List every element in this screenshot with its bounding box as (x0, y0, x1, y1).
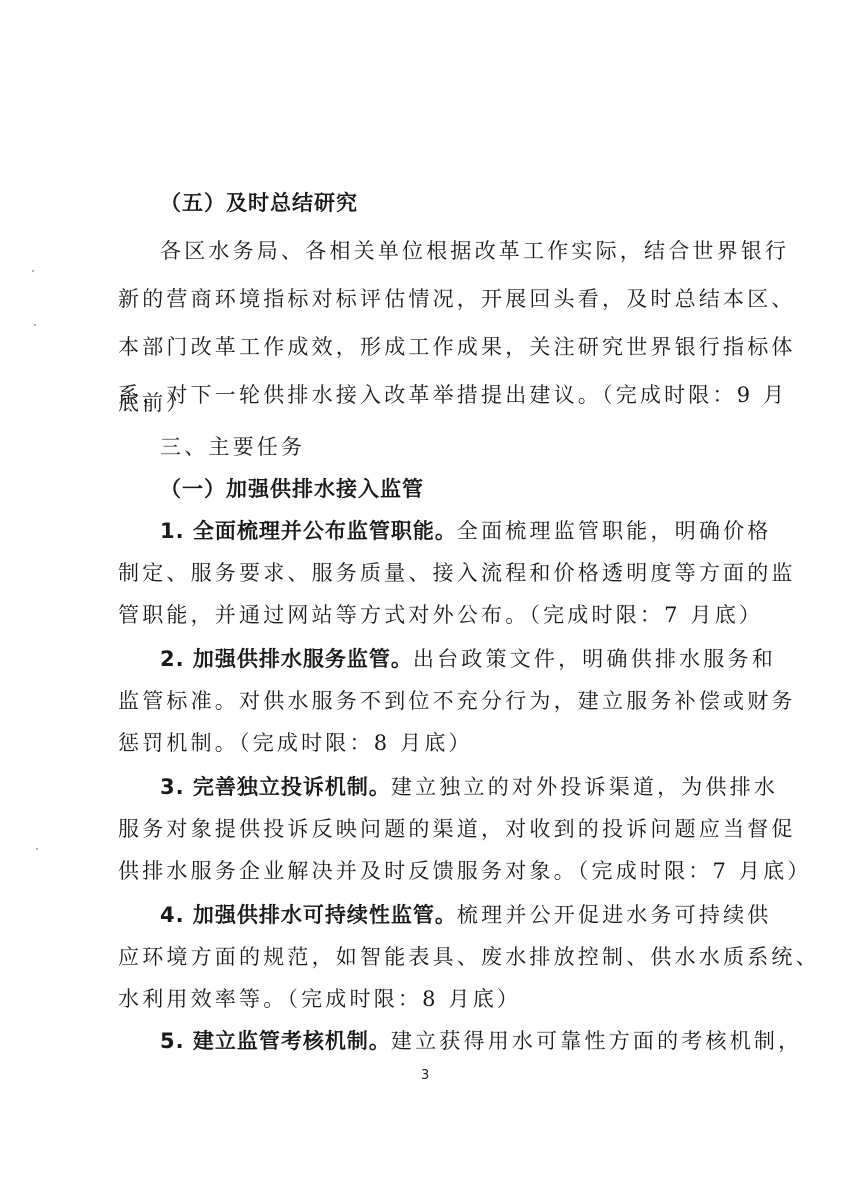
item-title: 4. 加强供排水可持续性监管。 (160, 903, 457, 927)
item-title: 2. 加强供排水服务监管。 (160, 647, 413, 671)
item-3: 3. 完善独立投诉机制。建立独立的对外投诉渠道，为供排水 (160, 772, 778, 802)
paragraph-line: 本部门改革工作成效，形成工作成果，关注研究世界银行指标体 (118, 332, 796, 362)
scan-speck (36, 848, 38, 850)
item-title: 5. 建立监管考核机制。 (160, 1029, 391, 1053)
scan-speck (34, 324, 36, 326)
paragraph-line: 制定、服务要求、服务质量、接入流程和价格透明度等方面的监 (118, 558, 796, 588)
section-5-heading: （五）及时总结研究 (160, 188, 358, 218)
item-text: 全面梳理监管职能，明确价格 (457, 519, 772, 543)
item-text: 出台政策文件，明确供排水服务和 (413, 647, 776, 671)
paragraph-line: 管职能，并通过网站等方式对外公布。（完成时限：7 月底） (118, 600, 763, 630)
item-title: 1. 全面梳理并公布监管职能。 (160, 519, 457, 543)
item-5: 5. 建立监管考核机制。建立获得用水可靠性方面的考核机制， (160, 1026, 802, 1056)
document-page: （五）及时总结研究 各区水务局、各相关单位根据改革工作实际，结合世界银行 新的营… (0, 0, 849, 1200)
paragraph-line: 惩罚机制。（完成时限：8 月底） (118, 728, 473, 758)
part-3-heading: 三、主要任务 (160, 432, 305, 462)
paragraph-line: 系，对下一轮供排水接入改革举措提出建议。（完成时限：9 月 (118, 380, 787, 410)
paragraph-line: 监管标准。对供水服务不到位不充分行为，建立服务补偿或财务 (118, 686, 796, 716)
paragraph-line: 新的营商环境指标对标评估情况，开展回头看，及时总结本区、 (118, 284, 796, 314)
paragraph-line: 应环境方面的规范，如智能表具、废水排放控制、供水水质系统、 (118, 942, 820, 972)
item-4: 4. 加强供排水可持续性监管。梳理并公开促进水务可持续供 (160, 900, 772, 930)
item-text: 梳理并公开促进水务可持续供 (457, 903, 772, 927)
paragraph-line: 服务对象提供投诉反映问题的渠道，对收到的投诉问题应当督促 (118, 814, 796, 844)
item-title: 3. 完善独立投诉机制。 (160, 775, 391, 799)
item-1: 1. 全面梳理并公布监管职能。全面梳理监管职能，明确价格 (160, 516, 772, 546)
paragraph-line: 各区水务局、各相关单位根据改革工作实际，结合世界银行 (160, 236, 789, 266)
page-number: 3 (421, 1068, 429, 1083)
paragraph-line: 供排水服务企业解决并及时反馈服务对象。（完成时限：7 月底） (118, 856, 812, 886)
paragraph-line: 底前） (118, 388, 191, 418)
item-text: 建立获得用水可靠性方面的考核机制， (391, 1029, 802, 1053)
subsection-1-heading: （一）加强供排水接入监管 (160, 474, 424, 504)
paragraph-line: 水利用效率等。（完成时限：8 月底） (118, 984, 521, 1014)
item-text: 建立独立的对外投诉渠道，为供排水 (391, 775, 778, 799)
scan-speck (32, 270, 34, 272)
item-2: 2. 加强供排水服务监管。出台政策文件，明确供排水服务和 (160, 644, 776, 674)
